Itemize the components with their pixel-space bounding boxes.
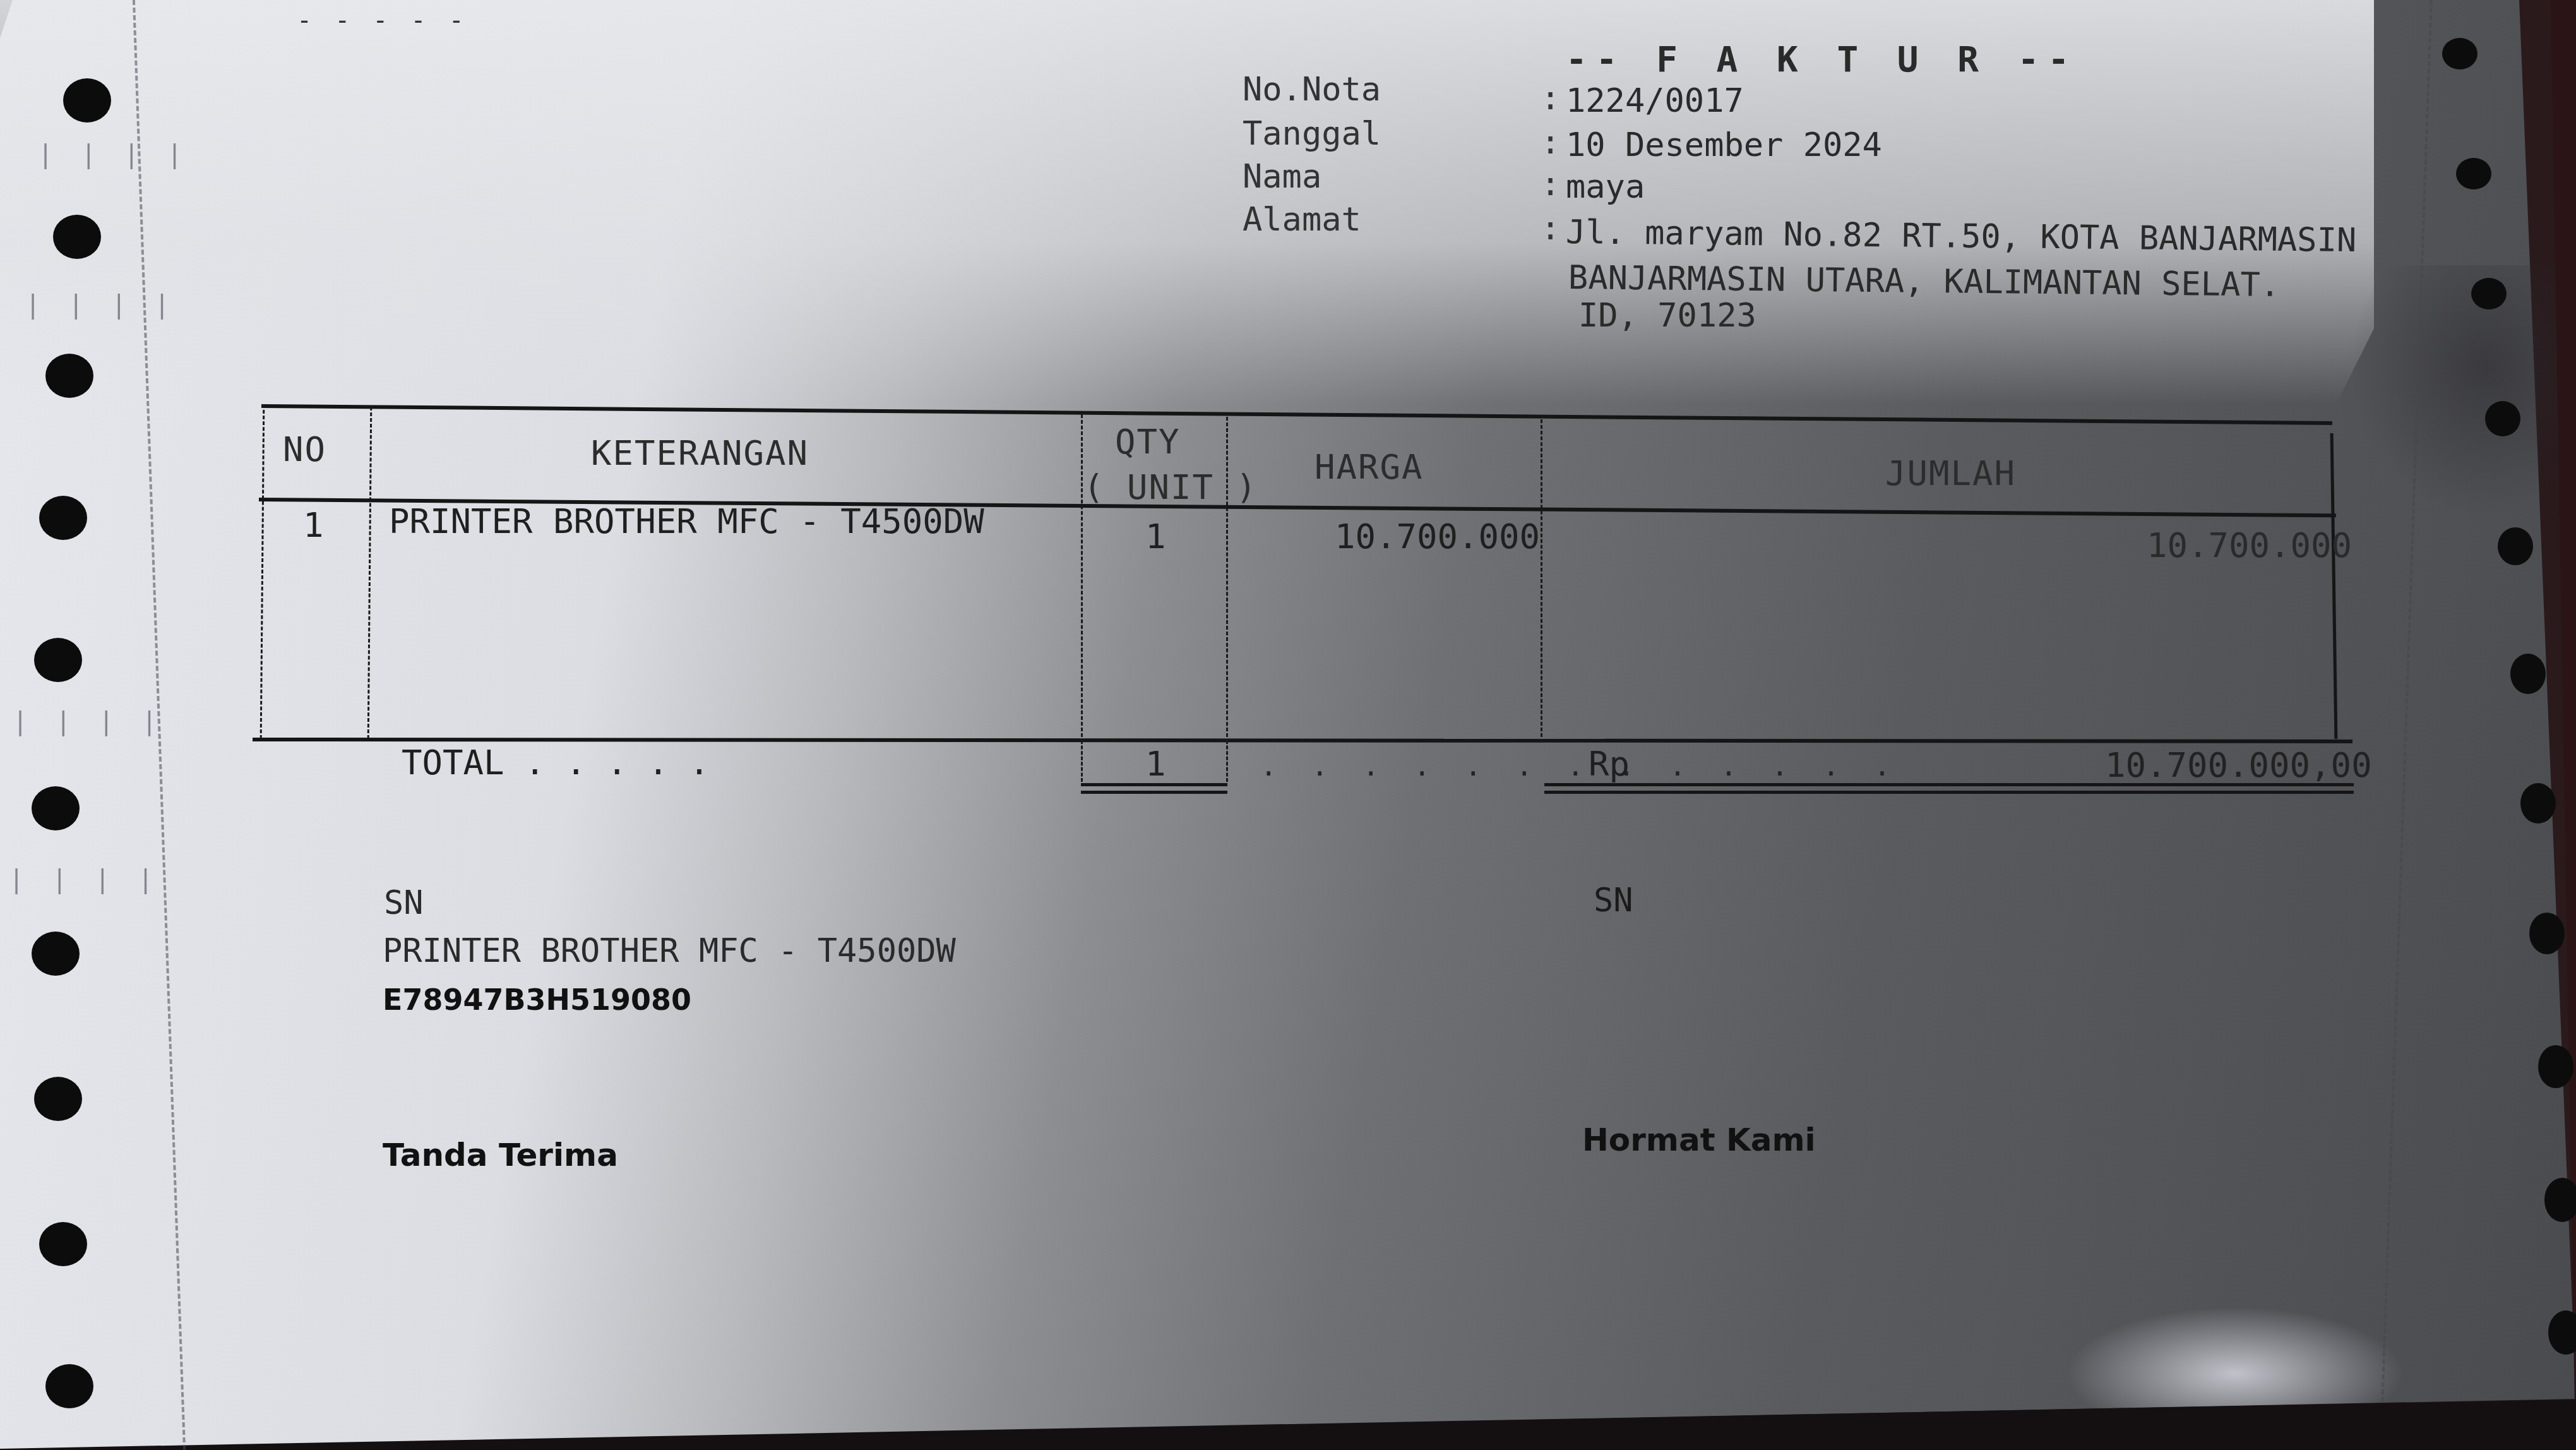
feed-hole-icon	[34, 1077, 82, 1121]
col-header-jumlah: JUMLAH	[1885, 453, 2016, 493]
field-label-no-nota: No.Nota	[1243, 71, 1381, 109]
document-title: -- F A K T U R --	[1566, 39, 2078, 80]
feed-hole-icon	[2471, 278, 2507, 309]
field-label-nama: Nama	[1243, 158, 1321, 196]
table-col-border	[1541, 419, 1542, 743]
field-value-nama: maya	[1566, 168, 1645, 206]
feed-hole-icon	[34, 638, 82, 682]
feed-hole-icon	[2520, 783, 2556, 824]
perforation-marks: | | | |	[38, 140, 189, 169]
field-separator: :	[1541, 124, 1560, 162]
total-qty-underline	[1081, 783, 1227, 786]
field-separator: :	[1541, 80, 1560, 117]
signature-hormat-kami: Hormat Kami	[1582, 1122, 1816, 1158]
total-amount-underline	[1544, 783, 2354, 786]
cell-no: 1	[303, 505, 324, 545]
sn-right-label: SN	[1594, 882, 1633, 920]
feed-hole-icon	[2538, 1045, 2573, 1088]
feed-hole-icon	[45, 354, 93, 398]
cell-harga: 10.700.000	[1335, 517, 1540, 556]
feed-hole-icon	[53, 215, 101, 259]
col-header-unit: ( UNIT )	[1083, 467, 1258, 507]
feed-hole-icon	[39, 1222, 87, 1266]
feed-hole-icon	[32, 786, 80, 830]
perforation-marks: | | | |	[9, 865, 160, 894]
total-amount-underline	[1544, 791, 2354, 794]
feed-hole-icon	[39, 496, 87, 540]
field-separator: :	[1541, 210, 1560, 248]
feed-hole-icon	[63, 78, 111, 123]
perforation-marks: | | | |	[13, 707, 164, 736]
table-col-border	[1226, 417, 1228, 743]
feed-hole-icon	[2442, 38, 2478, 69]
perforation-marks: | | | |	[25, 291, 176, 320]
col-header-harga: HARGA	[1315, 447, 1424, 487]
col-header-qty: QTY	[1115, 422, 1181, 462]
total-currency: Rp	[1589, 744, 1630, 784]
shadow-right	[2349, 265, 2576, 518]
cell-qty: 1	[1145, 517, 1166, 556]
total-qty-border	[1226, 740, 1228, 782]
corner-marks: - - - - -	[297, 6, 468, 35]
feed-hole-icon	[45, 1364, 93, 1408]
feed-hole-icon	[2544, 1178, 2576, 1222]
cell-keterangan: PRINTER BROTHER MFC - T4500DW	[389, 501, 1080, 541]
table-col-border	[1081, 414, 1083, 743]
field-value-no-nota: 1224/0017	[1566, 82, 1744, 120]
feed-hole-icon	[2485, 401, 2520, 436]
feed-hole-icon	[2498, 527, 2533, 565]
cell-jumlah: 10.700.000	[2147, 525, 2352, 565]
sn-serial: E78947B3H519080	[383, 983, 691, 1017]
total-dots: . . . . . . . . . . . . .	[1260, 750, 1899, 782]
total-qty: 1	[1145, 744, 1166, 784]
address-line-3: ID, 70123	[1578, 297, 1756, 335]
total-label: TOTAL . . . . .	[402, 743, 710, 782]
signature-tanda-terima: Tanda Terima	[383, 1137, 618, 1173]
col-header-no: NO	[283, 429, 326, 469]
feed-hole-icon	[2529, 913, 2565, 954]
field-label-alamat: Alamat	[1243, 201, 1361, 239]
sn-left-label: SN	[384, 884, 424, 922]
field-value-tanggal: 10 Desember 2024	[1566, 126, 1882, 164]
sn-product: PRINTER BROTHER MFC - T4500DW	[383, 932, 956, 970]
col-header-keterangan: KETERANGAN	[591, 433, 809, 473]
feed-hole-icon	[32, 932, 80, 976]
total-qty-border	[1081, 740, 1083, 782]
total-amount: 10.700.000,00	[2105, 745, 2372, 785]
feed-hole-icon	[2510, 654, 2546, 694]
field-label-tanggal: Tanggal	[1243, 115, 1381, 153]
feed-hole-icon	[2456, 158, 2491, 189]
total-qty-underline	[1081, 791, 1227, 794]
field-separator: :	[1541, 165, 1560, 203]
